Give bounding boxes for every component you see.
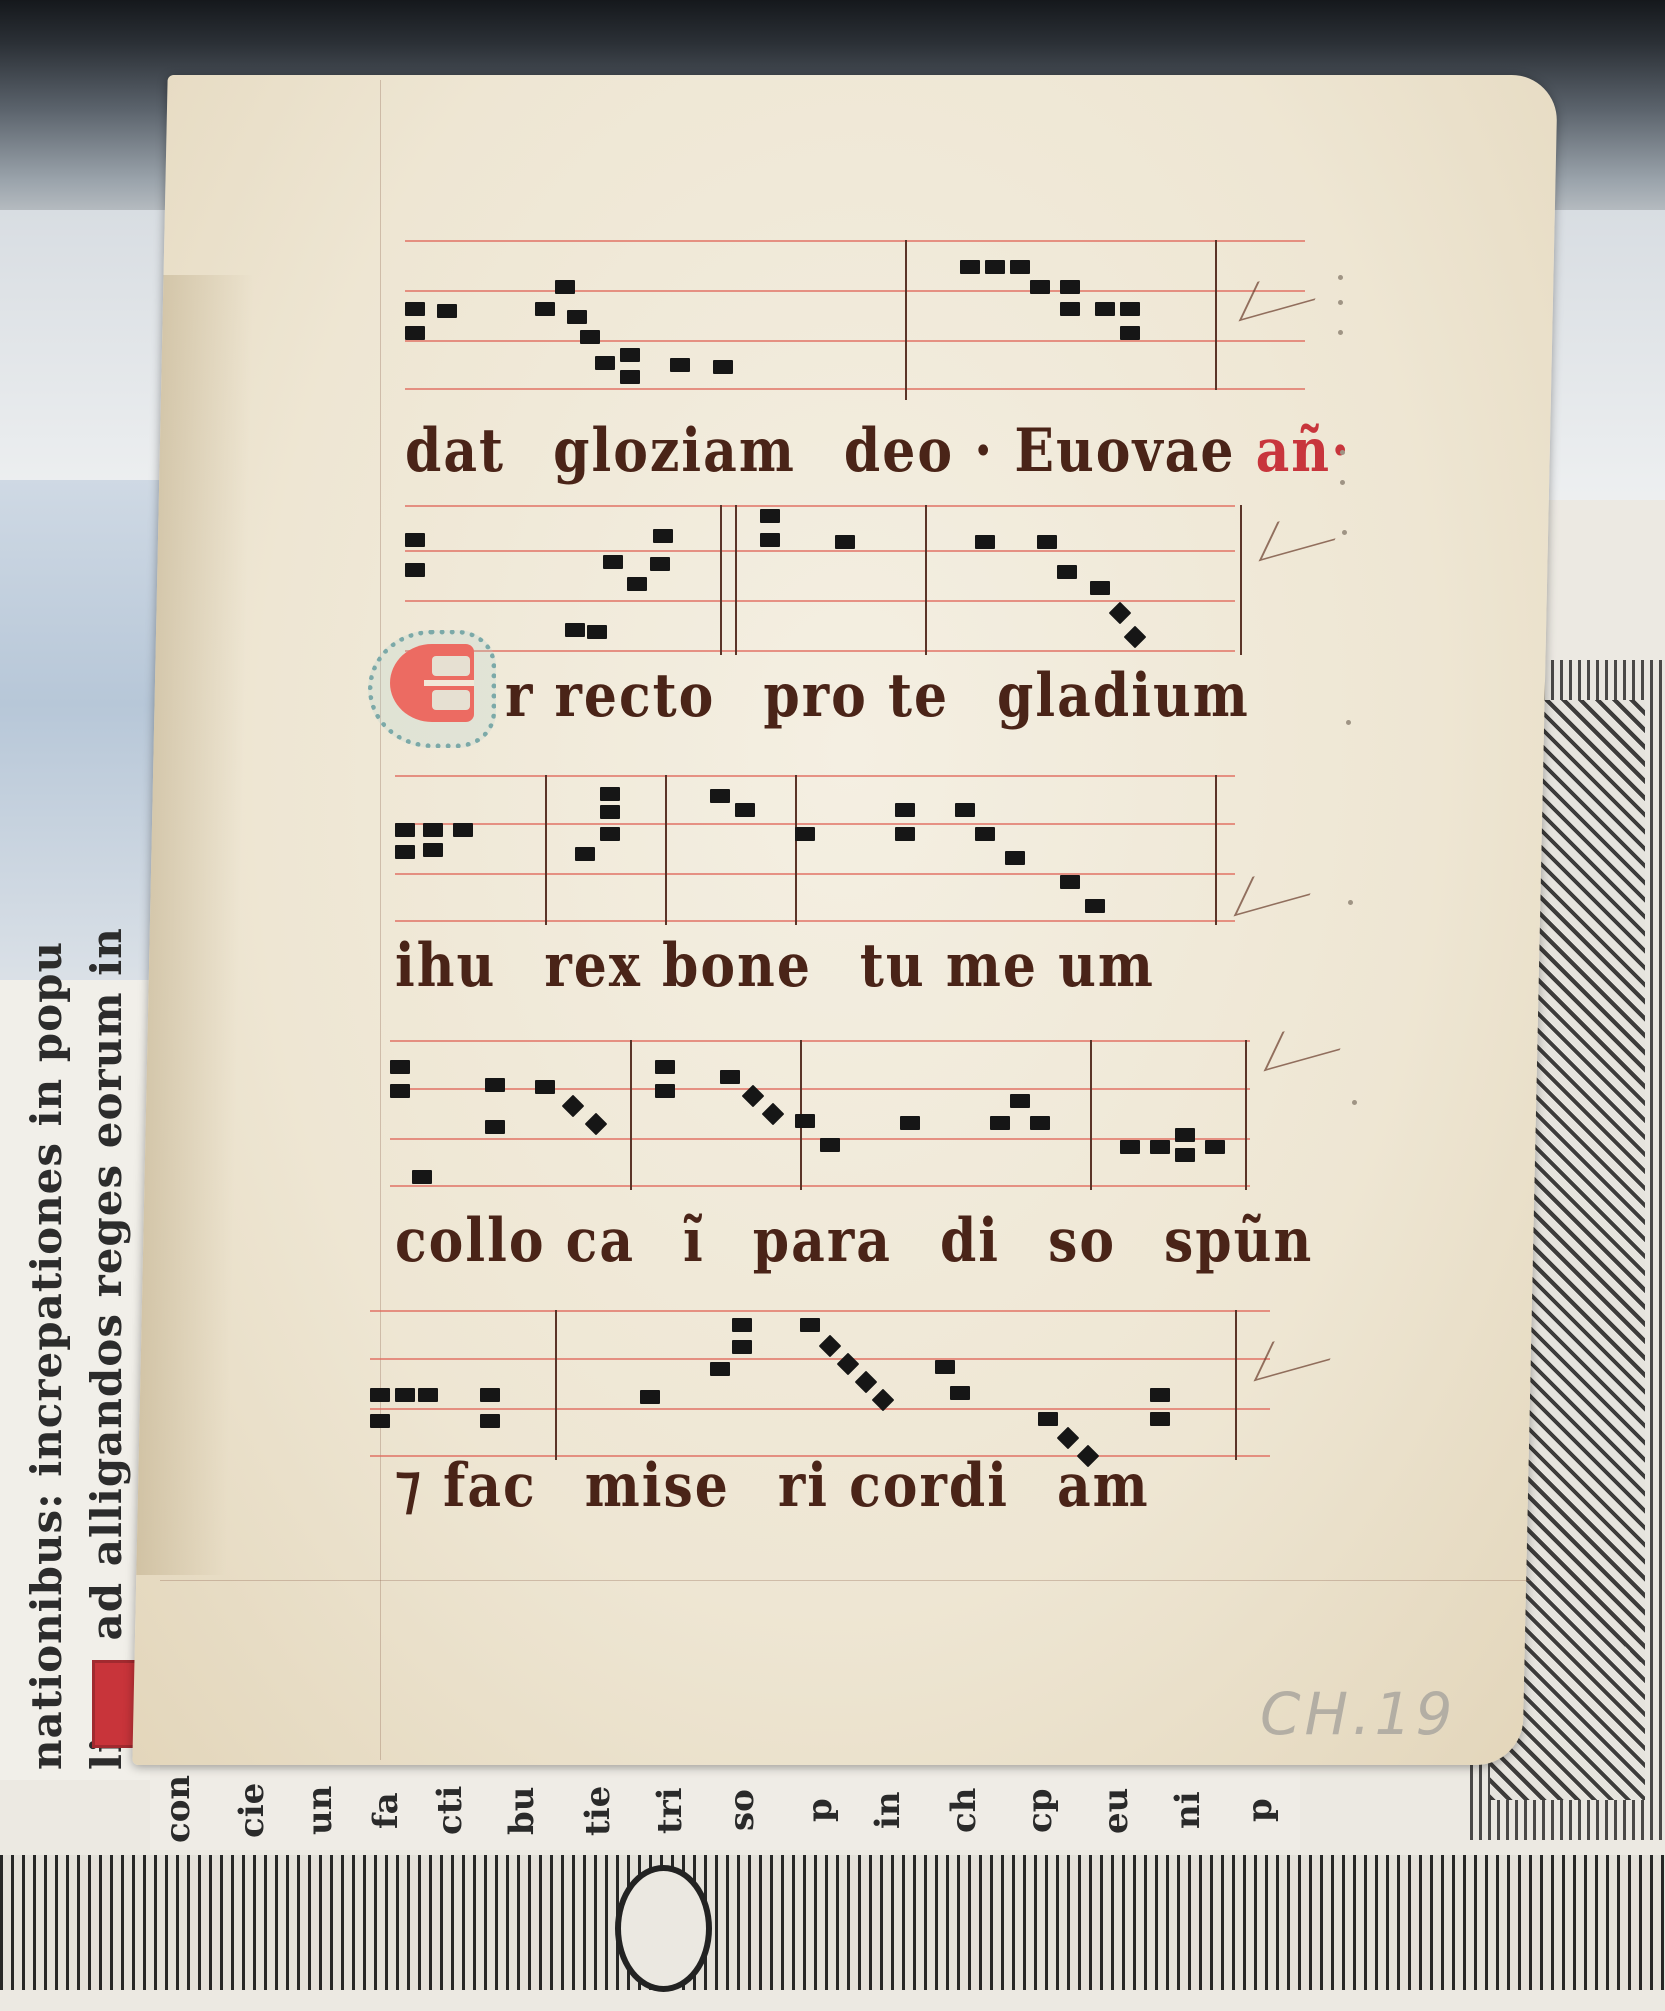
staff-2: [405, 505, 1235, 655]
printed-line-2: lis. ▮ ad alligandos reges eorum in: [82, 927, 131, 1770]
staff-5: [370, 1310, 1270, 1460]
woodcut-border-bottom: [0, 1855, 1665, 1990]
lyric-line-2: r rectopro tegladium: [505, 661, 1250, 731]
illuminated-initial-e: [368, 622, 498, 750]
ruling-left: [380, 80, 381, 1760]
staff-4: [390, 1040, 1250, 1190]
pencil-shelfmark: CH.19: [1260, 1680, 1456, 1748]
lyric-line-1: datgloziamdeo · Euovae añ·: [405, 416, 1351, 486]
lyric-line-4: collo caĩparadisospũn: [395, 1206, 1313, 1276]
lyric-line-3: ihurex bonetu me um: [395, 931, 1155, 1001]
initial-letter-e: [390, 644, 474, 722]
rubric-euouae: Euovae: [1014, 416, 1235, 486]
staff-3: [395, 775, 1235, 925]
rubric-antiphon-abbrev: añ·: [1256, 416, 1352, 486]
ruling-bottom: [160, 1580, 1530, 1581]
staff-1: [405, 240, 1305, 390]
lyric-line-5: ⁊ facmiseri cordiam: [395, 1451, 1150, 1521]
rosette-ornament: [615, 1865, 712, 1992]
printed-line-1: nationibus: increpationes in popu: [22, 941, 71, 1770]
